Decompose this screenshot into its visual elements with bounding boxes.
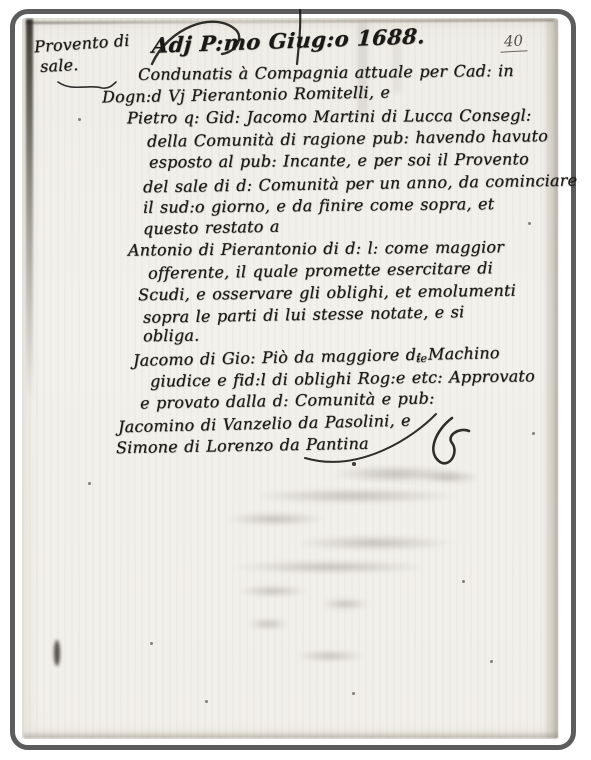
ink-dot: [352, 462, 356, 466]
ink-bleedthrough: [320, 598, 370, 610]
manuscript-line: esposto al pub: Incante, e per soi il Pr…: [149, 149, 529, 171]
folio-number: 40: [499, 31, 527, 52]
paper-speck: [352, 692, 355, 695]
ink-smudge: [54, 640, 60, 666]
ink-bleedthrough: [250, 488, 460, 504]
ink-bleedthrough: [230, 560, 430, 574]
paper-speck: [205, 700, 208, 703]
ink-bleedthrough: [295, 535, 455, 551]
ink-bleedthrough: [238, 585, 308, 597]
margin-note-line: sale.: [40, 55, 79, 76]
ink-bleedthrough: [225, 512, 325, 526]
paper-bottom-edge: [24, 731, 558, 738]
superscript-abbreviation: te: [416, 352, 427, 365]
manuscript-line: questo restato a: [143, 217, 280, 239]
ink-bleedthrough: [420, 470, 480, 484]
paper-speck: [78, 118, 81, 121]
paper-left-edge-shadow: [26, 19, 33, 399]
paper-speck: [150, 642, 153, 645]
manuscript-scan: Provento di sale. Adj P:mo Giug:o 1688. …: [0, 0, 591, 760]
paper-speck: [528, 222, 531, 225]
paper-speck: [462, 580, 465, 583]
ink-bleedthrough: [295, 650, 365, 662]
manuscript-line: Pietro q: Gid: Jacomo Martini di Lucca C…: [127, 106, 532, 128]
paper-speck: [490, 660, 493, 663]
paper-speck: [88, 482, 91, 485]
manuscript-line: Antonio di Pierantonio di d: l: come mag…: [128, 237, 504, 259]
paper-speck: [532, 432, 535, 435]
manuscript-line: obliga.: [143, 326, 200, 346]
manuscript-line: Condunatis à Compagnia attuale per Cad: …: [138, 61, 514, 84]
ink-bleedthrough: [248, 618, 288, 630]
manuscript-line: il sud:o giorno, e da finire come sopra,…: [143, 194, 494, 217]
